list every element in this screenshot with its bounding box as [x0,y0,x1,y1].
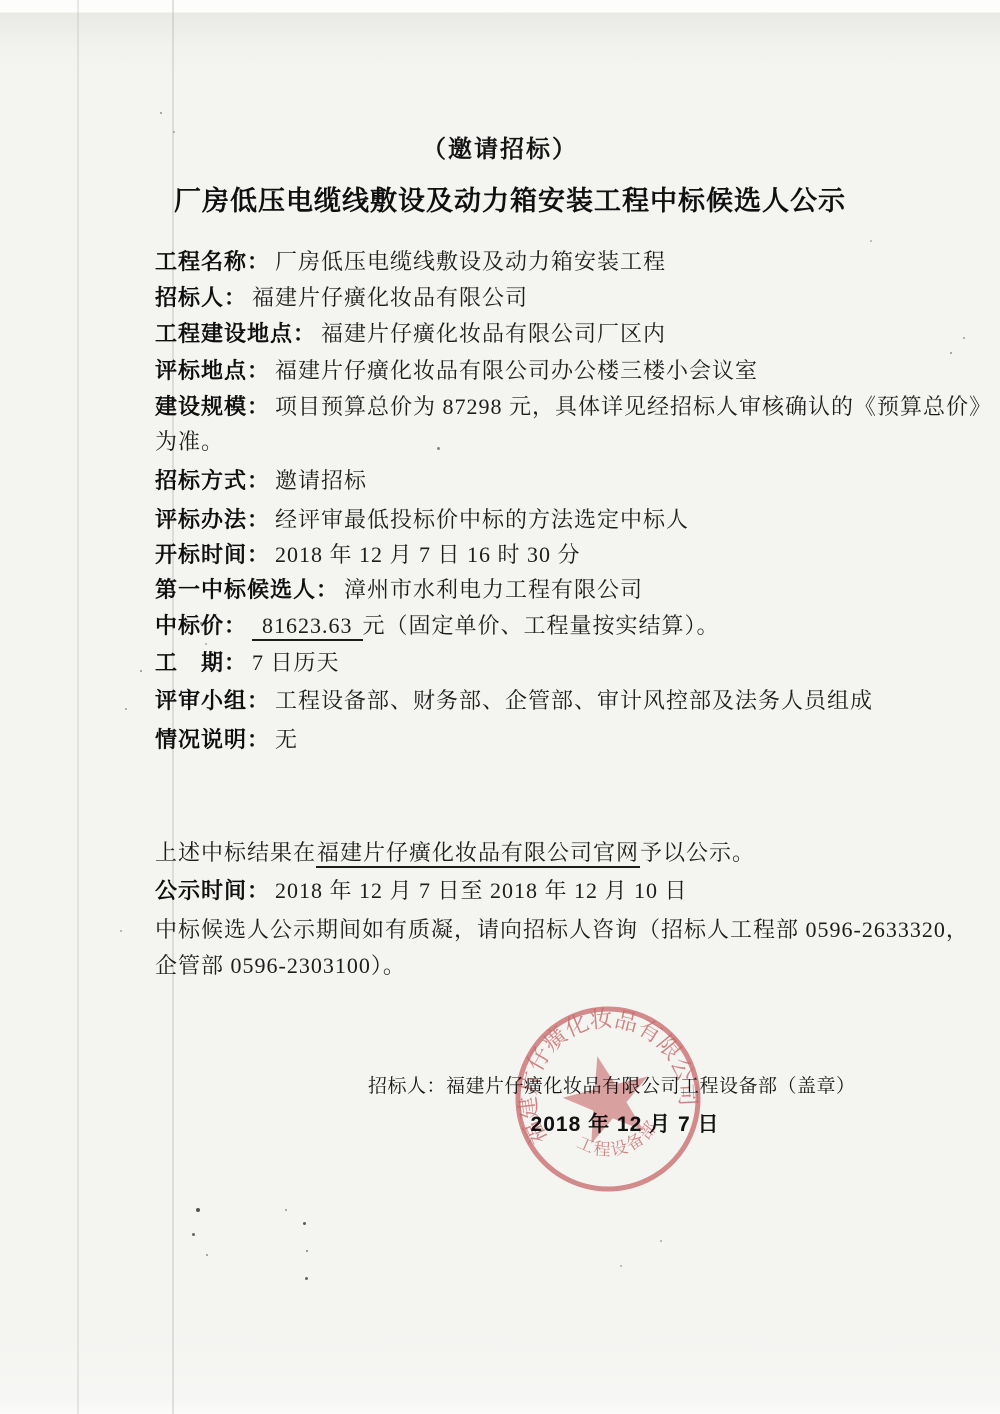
field-value: 2018 年 12 月 7 日至 2018 年 12 月 10 日 [275,878,688,903]
field-construction-site: 工程建设地点：福建片仔癀化妆品有限公司厂区内 [155,319,880,349]
field-label: 中标价： [155,613,247,638]
field-value: 无 [275,727,298,752]
field-label: 评标地点： [155,358,270,383]
field-value: 经评审最低投标价中标的方法选定中标人 [275,507,689,532]
notice-publicity-period: 公示时间：2018 年 12 月 7 日至 2018 年 12 月 10 日 [155,876,880,906]
notice-contact-line2: 企管部 0596-2303100）。 [155,951,880,981]
field-remarks: 情况说明：无 [155,725,880,755]
document-title: 厂房低压电缆线敷设及动力箱安装工程中标候选人公示 [20,179,1000,218]
field-label: 招标方式： [155,468,270,493]
scanned-document-page: （邀请招标） 厂房低压电缆线敷设及动力箱安装工程中标候选人公示 工程名称：厂房低… [0,0,1000,1414]
field-value: 福建片仔癀化妆品有限公司 [252,285,528,310]
field-construction-scale-cont: 为准。 [155,427,880,457]
field-label: 第一中标候选人： [155,577,339,602]
field-value: 元（固定单价、工程量按实结算）。 [363,613,720,638]
notice-contact-text: 企管部 0596-2303100）。 [155,953,406,978]
field-label: 工程名称： [155,249,270,274]
field-evaluation-place: 评标地点：福建片仔癀化妆品有限公司办公楼三楼小会议室 [155,356,880,386]
field-value: 项目预算总价为 87298 元，具体详见经招标人审核确认的《预算总价》 [275,394,992,419]
stamp-ring-circle [508,999,708,1199]
field-value: 为准。 [155,429,224,454]
notice-contact-text: 中标候选人公示期间如有质凝，请向招标人咨询（招标人工程部 0596-263332… [155,917,969,942]
document-subtitle: （邀请招标） [0,129,1000,164]
notice-prefix: 上述中标结果在 [155,840,316,865]
field-winning-price: 中标价：81623.63元（固定单价、工程量按实结算）。 [155,611,880,641]
notice-website-underlined: 福建片仔癀化妆品有限公司官网 [316,840,640,868]
field-tender-method: 招标方式：邀请招标 [155,466,880,496]
notice-suffix: 予以公示。 [640,840,755,865]
field-review-team: 评审小组：工程设备部、财务部、企管部、审计风控部及法务人员组成 [155,686,880,716]
field-label: 建设规模： [155,394,270,419]
field-label: 开标时间： [155,542,270,567]
field-value: 厂房低压电缆线敷设及动力箱安装工程 [275,249,666,274]
field-label: 招标人： [155,285,247,310]
field-label: 情况说明： [155,727,270,752]
field-value: 福建片仔癀化妆品有限公司办公楼三楼小会议室 [275,358,758,383]
field-first-candidate: 第一中标候选人：漳州市水利电力工程有限公司 [155,575,880,605]
field-label: 评审小组： [155,688,270,713]
notice-publication-line: 上述中标结果在福建片仔癀化妆品有限公司官网予以公示。 [155,838,880,868]
field-value: 7 日历天 [252,650,340,675]
field-label: 公示时间： [155,878,270,903]
notice-contact-line1: 中标候选人公示期间如有质凝，请向招标人咨询（招标人工程部 0596-263332… [155,915,880,945]
signature-date: 2018 年 12 月 7 日 [520,1108,730,1138]
field-value: 福建片仔癀化妆品有限公司厂区内 [321,321,666,346]
winning-price-value: 81623.63 [252,613,363,641]
field-tenderee: 招标人：福建片仔癀化妆品有限公司 [155,283,880,313]
field-opening-time: 开标时间：2018 年 12 月 7 日 16 时 30 分 [155,540,880,570]
signature-line: 招标人：福建片仔癀化妆品有限公司工程设备部（盖章） [368,1071,856,1098]
field-evaluation-method: 评标办法：经评审最低投标价中标的方法选定中标人 [155,505,880,535]
field-label: 工程建设地点： [155,321,316,346]
field-value: 2018 年 12 月 7 日 16 时 30 分 [275,542,581,567]
field-project-name: 工程名称：厂房低压电缆线敷设及动力箱安装工程 [155,247,880,277]
field-label: 工 期： [155,650,247,675]
field-value: 工程设备部、财务部、企管部、审计风控部及法务人员组成 [275,688,873,713]
field-value: 漳州市水利电力工程有限公司 [344,577,643,602]
field-label: 评标办法： [155,507,270,532]
field-construction-scale: 建设规模：项目预算总价为 87298 元，具体详见经招标人审核确认的《预算总价》 [155,392,880,422]
field-value: 邀请招标 [275,468,367,493]
field-duration: 工 期：7 日历天 [155,648,880,678]
company-seal-stamp: 福建片仔癀化妆品有限公司 工程设备部 [508,999,708,1199]
